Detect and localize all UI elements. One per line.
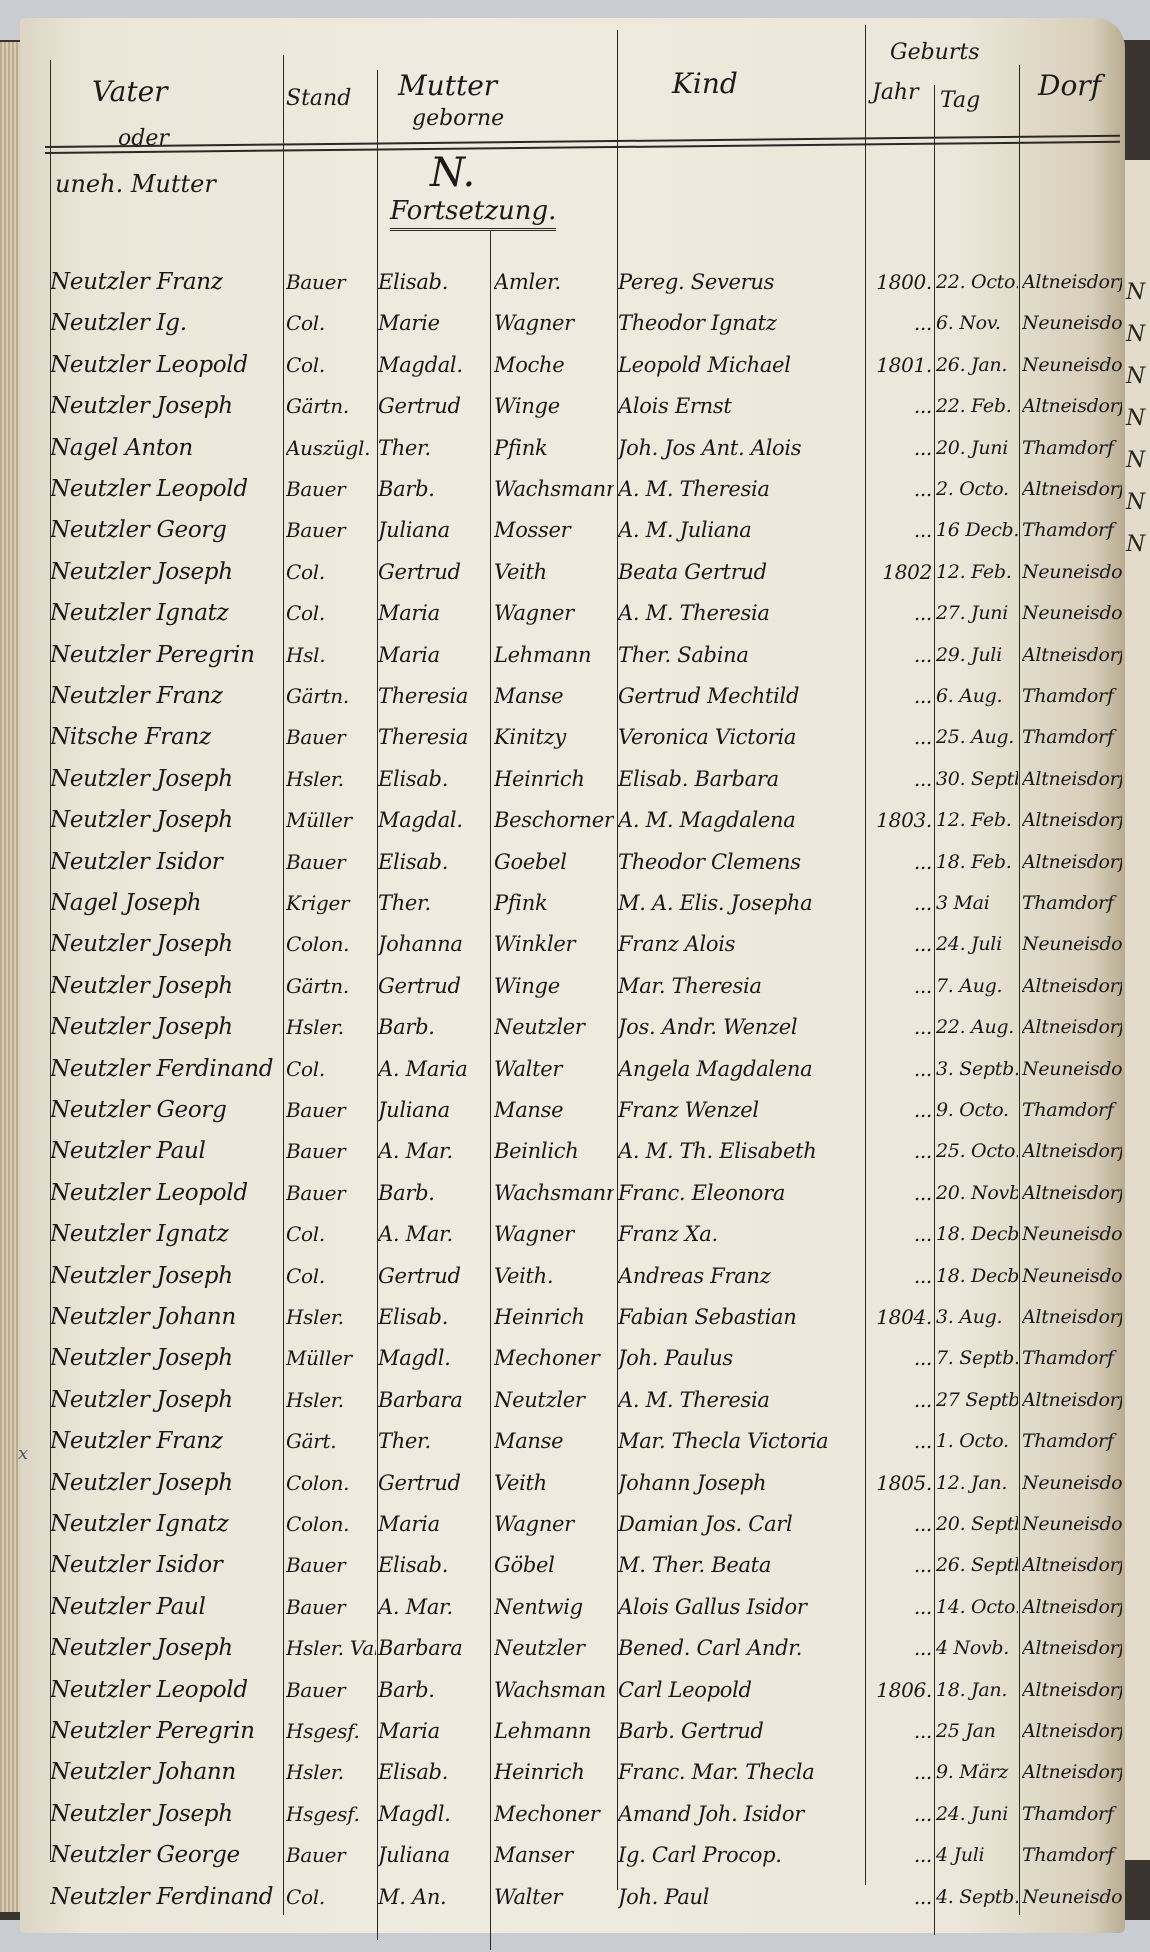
child-name: A. M. Theresia	[618, 469, 864, 509]
mother-first-name: Gertrud	[378, 386, 490, 426]
father-name: Neutzler Joseph	[50, 1380, 280, 1420]
mother-first-name: Marie	[378, 303, 490, 343]
status: Hsler.	[286, 1380, 376, 1420]
table-row: Neutzler GeorgBauerJulianaManseFranz Wen…	[0, 1090, 1150, 1130]
next-page-letter: N	[1126, 406, 1145, 431]
village: Altneisdorf	[1022, 386, 1122, 426]
header-child: Kind	[672, 70, 738, 98]
table-row: Neutzler PeregrinHsgesf.MariaLehmannBarb…	[0, 1711, 1150, 1751]
mother-maiden-name: Heinrich	[494, 1297, 614, 1337]
mother-maiden-name: Manser	[494, 1835, 614, 1875]
status: Bauer	[286, 1545, 376, 1585]
mother-maiden-name: Manse	[494, 1421, 614, 1461]
mother-maiden-name: Winge	[494, 966, 614, 1006]
birth-year: ...	[868, 1711, 932, 1751]
village: Altneisdorf	[1022, 800, 1122, 840]
father-name: Neutzler Joseph	[50, 1794, 280, 1834]
table-row: Neutzler LeopoldBauerBarb.WachsmannA. M.…	[0, 469, 1150, 509]
birth-date: 22. Octo.	[936, 262, 1018, 302]
village: Altneisdorf	[1022, 1545, 1122, 1585]
header-mother-sub: geborne	[412, 108, 504, 130]
village: Neuneisdorf	[1022, 552, 1122, 592]
village: Altneisdorf	[1022, 1628, 1122, 1668]
birth-year: ...	[868, 635, 932, 675]
child-name: Carl Leopold	[618, 1670, 864, 1710]
status: Bauer	[286, 469, 376, 509]
table-row: Neutzler JosephHsler.Elisab.HeinrichElis…	[0, 759, 1150, 799]
status: Hsler.	[286, 1752, 376, 1792]
mother-maiden-name: Manse	[494, 676, 614, 716]
table-row: Neutzler GeorgBauerJulianaMosserA. M. Ju…	[0, 510, 1150, 550]
mother-maiden-name: Winkler	[494, 924, 614, 964]
child-name: Franc. Eleonora	[618, 1173, 864, 1213]
father-name: Neutzler Ignatz	[50, 1504, 280, 1544]
mother-first-name: Maria	[378, 635, 490, 675]
birth-date: 4. Septb.	[936, 1877, 1018, 1917]
table-row: Neutzler JohannHsler.Elisab.HeinrichFabi…	[0, 1297, 1150, 1337]
father-name: Nagel Anton	[50, 428, 280, 468]
birth-year: ...	[868, 386, 932, 426]
table-row: Neutzler GeorgeBauerJulianaManserIg. Car…	[0, 1835, 1150, 1875]
birth-year: ...	[868, 469, 932, 509]
father-name: Neutzler Franz	[50, 676, 280, 716]
birth-year: 1801.	[868, 345, 932, 385]
village: Altneisdorf	[1022, 759, 1122, 799]
next-page-letter: N	[1126, 448, 1145, 473]
father-name: Neutzler Georg	[50, 510, 280, 550]
father-name: Neutzler Johann	[50, 1752, 280, 1792]
header-birth-day: Tag	[940, 90, 980, 112]
status: Kriger	[286, 883, 376, 923]
table-row: Neutzler JosephHsgesf.Magdl.MechonerAman…	[0, 1794, 1150, 1834]
village: Altneisdorf	[1022, 1173, 1122, 1213]
birth-year: 1802	[868, 552, 932, 592]
child-name: Mar. Theresia	[618, 966, 864, 1006]
birth-year: ...	[868, 717, 932, 757]
mother-maiden-name: Göbel	[494, 1545, 614, 1585]
child-name: Barb. Gertrud	[618, 1711, 864, 1751]
section-title: Fortsetzung.	[390, 196, 556, 231]
father-name: Neutzler Ferdinand	[50, 1877, 280, 1917]
table-row: Neutzler JosephMüllerMagdal.BeschornerA.…	[0, 800, 1150, 840]
father-name: Neutzler Joseph	[50, 1463, 280, 1503]
header-birth-year: Jahr	[872, 82, 919, 104]
birth-year: ...	[868, 1131, 932, 1171]
birth-year: ...	[868, 1504, 932, 1544]
birth-year: 1804.	[868, 1297, 932, 1337]
father-name: Neutzler Isidor	[50, 1545, 280, 1585]
mother-first-name: A. Mar.	[378, 1587, 490, 1627]
father-name: Neutzler Franz	[50, 262, 280, 302]
table-row: Neutzler IgnatzCol.MariaWagnerA. M. Ther…	[0, 593, 1150, 633]
birth-year: ...	[868, 1421, 932, 1461]
header-father-sub: oder	[118, 128, 169, 150]
father-name: Neutzler Paul	[50, 1587, 280, 1627]
status: Bauer	[286, 1587, 376, 1627]
mother-maiden-name: Goebel	[494, 842, 614, 882]
birth-year: ...	[868, 1752, 932, 1792]
birth-year: 1806.	[868, 1670, 932, 1710]
mother-first-name: Barb.	[378, 1173, 490, 1213]
father-name: Neutzler Leopold	[50, 345, 280, 385]
status: Hsgesf.	[286, 1711, 376, 1751]
table-row: Neutzler JosephHsler.BarbaraNeutzlerA. M…	[0, 1380, 1150, 1420]
header-status: Stand	[286, 88, 351, 110]
birth-date: 20. Novb.	[936, 1173, 1018, 1213]
birth-year: ...	[868, 759, 932, 799]
birth-date: 18. Jan.	[936, 1670, 1018, 1710]
village: Thamdorf	[1022, 1090, 1122, 1130]
birth-date: 27. Juni	[936, 593, 1018, 633]
status: Col.	[286, 1877, 376, 1917]
mother-maiden-name: Wagner	[494, 593, 614, 633]
status: Hsler.	[286, 1297, 376, 1337]
birth-date: 12. Jan.	[936, 1463, 1018, 1503]
birth-date: 7. Septb.	[936, 1338, 1018, 1378]
header-mother: Mutter	[398, 72, 497, 100]
status: Müller	[286, 800, 376, 840]
birth-year: ...	[868, 1628, 932, 1668]
father-name: Nitsche Franz	[50, 717, 280, 757]
mother-first-name: Juliana	[378, 1090, 490, 1130]
table-row: Neutzler PaulBauerA. Mar.NentwigAlois Ga…	[0, 1587, 1150, 1627]
child-name: Alois Ernst	[618, 386, 864, 426]
village: Altneisdorf	[1022, 1297, 1122, 1337]
village: Neuneisdorf	[1022, 1504, 1122, 1544]
birth-date: 25. Octo.	[936, 1131, 1018, 1171]
mother-first-name: Elisab.	[378, 1752, 490, 1792]
birth-date: 29. Juli	[936, 635, 1018, 675]
mother-first-name: Ther.	[378, 1421, 490, 1461]
birth-date: 25 Jan	[936, 1711, 1018, 1751]
village: Thamdorf	[1022, 1338, 1122, 1378]
child-name: A. M. Magdalena	[618, 800, 864, 840]
mother-maiden-name: Mosser	[494, 510, 614, 550]
child-name: Jos. Andr. Wenzel	[618, 1007, 864, 1047]
birth-date: 6. Aug.	[936, 676, 1018, 716]
status: Col.	[286, 1214, 376, 1254]
birth-year: ...	[868, 1338, 932, 1378]
father-name: Nagel Joseph	[50, 883, 280, 923]
mother-first-name: Maria	[378, 1711, 490, 1751]
mother-maiden-name: Pfink	[494, 883, 614, 923]
birth-year: ...	[868, 676, 932, 716]
mother-maiden-name: Wagner	[494, 1214, 614, 1254]
table-row: Neutzler JosephCol.GertrudVeith.Andreas …	[0, 1256, 1150, 1296]
mother-maiden-name: Heinrich	[494, 759, 614, 799]
child-name: Franc. Mar. Thecla	[618, 1752, 864, 1792]
child-name: A. M. Theresia	[618, 593, 864, 633]
father-name: Neutzler Peregrin	[50, 635, 280, 675]
birth-year: ...	[868, 1380, 932, 1420]
child-name: Ig. Carl Procop.	[618, 1835, 864, 1875]
birth-date: 18. Decb.	[936, 1256, 1018, 1296]
birth-date: 12. Feb.	[936, 800, 1018, 840]
birth-year: 1805.	[868, 1463, 932, 1503]
mother-first-name: Barb.	[378, 1670, 490, 1710]
birth-date: 2. Octo.	[936, 469, 1018, 509]
birth-date: 16 Decb.	[936, 510, 1018, 550]
mother-first-name: Barb.	[378, 469, 490, 509]
status: Bauer	[286, 1835, 376, 1875]
birth-year: ...	[868, 1794, 932, 1834]
table-row: Neutzler IgnatzCol.A. Mar.WagnerFranz Xa…	[0, 1214, 1150, 1254]
mother-first-name: Barbara	[378, 1380, 490, 1420]
birth-date: 9. März	[936, 1752, 1018, 1792]
child-name: Franz Alois	[618, 924, 864, 964]
table-row: Nitsche FranzBauerTheresiaKinitzyVeronic…	[0, 717, 1150, 757]
mother-first-name: Elisab.	[378, 1545, 490, 1585]
mother-maiden-name: Wachsmann	[494, 1173, 614, 1213]
status: Gärtn.	[286, 386, 376, 426]
birth-year: ...	[868, 1214, 932, 1254]
table-row: Neutzler JosephCol.GertrudVeithBeata Ger…	[0, 552, 1150, 592]
child-name: Elisab. Barbara	[618, 759, 864, 799]
village: Altneisdorf	[1022, 1752, 1122, 1792]
birth-date: 30. Septb.	[936, 759, 1018, 799]
status: Hsler. Vald.	[286, 1628, 376, 1668]
birth-year: ...	[868, 883, 932, 923]
village: Neuneisdorf	[1022, 1214, 1122, 1254]
table-row: Neutzler LeopoldCol.Magdal.MocheLeopold …	[0, 345, 1150, 385]
child-name: Mar. Thecla Victoria	[618, 1421, 864, 1461]
mother-maiden-name: Kinitzy	[494, 717, 614, 757]
village: Altneisdorf	[1022, 635, 1122, 675]
status: Col.	[286, 593, 376, 633]
status: Gärtn.	[286, 676, 376, 716]
child-name: Joh. Paul	[618, 1877, 864, 1917]
child-name: Joh. Paulus	[618, 1338, 864, 1378]
birth-date: 22. Feb.	[936, 386, 1018, 426]
birth-date: 14. Octo.	[936, 1587, 1018, 1627]
status: Bauer	[286, 1670, 376, 1710]
table-row: Neutzler FranzBauerElisab.Amler.Pereg. S…	[0, 262, 1150, 302]
birth-year: ...	[868, 1256, 932, 1296]
status: Bauer	[286, 1090, 376, 1130]
birth-date: 3 Mai	[936, 883, 1018, 923]
table-row: Nagel AntonAuszügl.Ther.PfinkJoh. Jos An…	[0, 428, 1150, 468]
mother-first-name: Maria	[378, 1504, 490, 1544]
birth-date: 4 Novb.	[936, 1628, 1018, 1668]
village: Altneisdorf	[1022, 1587, 1122, 1627]
mother-maiden-name: Mechoner	[494, 1794, 614, 1834]
birth-date: 3. Aug.	[936, 1297, 1018, 1337]
mother-first-name: Gertrud	[378, 1256, 490, 1296]
table-row: Neutzler LeopoldBauerBarb.WachsmanCarl L…	[0, 1670, 1150, 1710]
father-name: Neutzler Joseph	[50, 1628, 280, 1668]
mother-first-name: Barb.	[378, 1007, 490, 1047]
village: Altneisdorf	[1022, 469, 1122, 509]
child-name: Theodor Ignatz	[618, 303, 864, 343]
mother-maiden-name: Lehmann	[494, 635, 614, 675]
birth-year: ...	[868, 1173, 932, 1213]
header-father: Vater	[92, 78, 168, 106]
birth-date: 9. Octo.	[936, 1090, 1018, 1130]
mother-first-name: Magdl.	[378, 1794, 490, 1834]
child-name: Andreas Franz	[618, 1256, 864, 1296]
status: Müller	[286, 1338, 376, 1378]
village: Neuneisdorf	[1022, 1877, 1122, 1917]
mother-first-name: Gertrud	[378, 1463, 490, 1503]
mother-maiden-name: Neutzler	[494, 1380, 614, 1420]
village: Thamdorf	[1022, 510, 1122, 550]
table-row: Nagel JosephKrigerTher.PfinkM. A. Elis. …	[0, 883, 1150, 923]
father-name: Neutzler Ferdinand	[50, 1049, 280, 1089]
birth-date: 6. Nov.	[936, 303, 1018, 343]
father-name: Neutzler Joseph	[50, 552, 280, 592]
status: Col.	[286, 303, 376, 343]
mother-maiden-name: Pfink	[494, 428, 614, 468]
birth-year: ...	[868, 842, 932, 882]
table-row: Neutzler FranzGärt.Ther.ManseMar. Thecla…	[0, 1421, 1150, 1461]
village: Thamdorf	[1022, 428, 1122, 468]
father-name: Neutzler Joseph	[50, 800, 280, 840]
child-name: Bened. Carl Andr.	[618, 1628, 864, 1668]
village: Thamdorf	[1022, 1421, 1122, 1461]
table-row: Neutzler JosephGärtn.GertrudWingeAlois E…	[0, 386, 1150, 426]
child-name: A. M. Theresia	[618, 1380, 864, 1420]
child-name: A. M. Juliana	[618, 510, 864, 550]
header-village: Dorf	[1038, 72, 1101, 100]
child-name: Veronica Victoria	[618, 717, 864, 757]
birth-date: 18. Decb.	[936, 1214, 1018, 1254]
mother-maiden-name: Wagner	[494, 303, 614, 343]
mother-first-name: Elisab.	[378, 1297, 490, 1337]
village: Thamdorf	[1022, 1835, 1122, 1875]
table-row: Neutzler JosephColon.GertrudVeithJohann …	[0, 1463, 1150, 1503]
birth-date: 3. Septb.	[936, 1049, 1018, 1089]
table-row: Neutzler LeopoldBauerBarb.WachsmannFranc…	[0, 1173, 1150, 1213]
village: Neuneisdorf	[1022, 593, 1122, 633]
birth-year: 1803.	[868, 800, 932, 840]
birth-year: ...	[868, 1007, 932, 1047]
status: Bauer	[286, 1131, 376, 1171]
mother-maiden-name: Wagner	[494, 1504, 614, 1544]
father-name: Neutzler Paul	[50, 1131, 280, 1171]
status: Bauer	[286, 262, 376, 302]
father-name: Neutzler Joseph	[50, 759, 280, 799]
mother-first-name: Juliana	[378, 510, 490, 550]
mother-first-name: A. Maria	[378, 1049, 490, 1089]
mother-first-name: Magdal.	[378, 800, 490, 840]
child-name: M. Ther. Beata	[618, 1545, 864, 1585]
father-name: Neutzler Johann	[50, 1297, 280, 1337]
mother-first-name: A. Mar.	[378, 1214, 490, 1254]
father-name: Neutzler Leopold	[50, 1173, 280, 1213]
status: Col.	[286, 345, 376, 385]
status: Hsler.	[286, 1007, 376, 1047]
status: Hsler.	[286, 759, 376, 799]
status: Colon.	[286, 924, 376, 964]
birth-year: ...	[868, 593, 932, 633]
child-name: Beata Gertrud	[618, 552, 864, 592]
father-name: Neutzler Joseph	[50, 386, 280, 426]
birth-date: 24. Juni	[936, 1794, 1018, 1834]
birth-year: ...	[868, 1587, 932, 1627]
father-name: Neutzler Ignatz	[50, 1214, 280, 1254]
village: Altneisdorf	[1022, 966, 1122, 1006]
status: Col.	[286, 1256, 376, 1296]
village: Altneisdorf	[1022, 1380, 1122, 1420]
mother-first-name: Barbara	[378, 1628, 490, 1668]
child-name: M. A. Elis. Josepha	[618, 883, 864, 923]
birth-year: ...	[868, 1545, 932, 1585]
father-name: Neutzler Ig.	[50, 303, 280, 343]
mother-first-name: Gertrud	[378, 966, 490, 1006]
section-letter: N.	[390, 150, 556, 196]
next-page-letter: N	[1126, 364, 1145, 389]
mother-first-name: Elisab.	[378, 759, 490, 799]
mother-maiden-name: Neutzler	[494, 1007, 614, 1047]
mother-maiden-name: Wachsmann	[494, 469, 614, 509]
birth-date: 12. Feb.	[936, 552, 1018, 592]
village: Thamdorf	[1022, 717, 1122, 757]
birth-date: 27 Septb.	[936, 1380, 1018, 1420]
father-name: Neutzler Joseph	[50, 1256, 280, 1296]
village: Neuneisdorf	[1022, 1256, 1122, 1296]
father-name: Neutzler Joseph	[50, 1007, 280, 1047]
birth-date: 4 Juli	[936, 1835, 1018, 1875]
birth-year: ...	[868, 510, 932, 550]
status: Col.	[286, 1049, 376, 1089]
table-row: Neutzler JosephGärtn.GertrudWingeMar. Th…	[0, 966, 1150, 1006]
child-name: Leopold Michael	[618, 345, 864, 385]
mother-maiden-name: Walter	[494, 1877, 614, 1917]
mother-maiden-name: Mechoner	[494, 1338, 614, 1378]
child-name: Franz Xa.	[618, 1214, 864, 1254]
mother-maiden-name: Veith.	[494, 1256, 614, 1296]
mother-first-name: Elisab.	[378, 262, 490, 302]
village: Neuneisdorf	[1022, 924, 1122, 964]
next-page-letter: N	[1126, 280, 1145, 305]
table-row: Neutzler PaulBauerA. Mar.BeinlichA. M. T…	[0, 1131, 1150, 1171]
table-row: Neutzler FerdinandCol.A. MariaWalterAnge…	[0, 1049, 1150, 1089]
table-row: Neutzler JohannHsler.Elisab.HeinrichFran…	[0, 1752, 1150, 1792]
mother-first-name: Maria	[378, 593, 490, 633]
birth-year: ...	[868, 303, 932, 343]
table-row: Neutzler JosephColon.JohannaWinklerFranz…	[0, 924, 1150, 964]
village: Altneisdorf	[1022, 842, 1122, 882]
mother-first-name: A. Mar.	[378, 1131, 490, 1171]
birth-year: ...	[868, 924, 932, 964]
mother-first-name: Juliana	[378, 1835, 490, 1875]
table-row: Neutzler IsidorBauerElisab.GoebelTheodor…	[0, 842, 1150, 882]
father-name: Neutzler George	[50, 1835, 280, 1875]
mother-maiden-name: Veith	[494, 1463, 614, 1503]
status: Hsl.	[286, 635, 376, 675]
mother-maiden-name: Nentwig	[494, 1587, 614, 1627]
table-row: Neutzler Ig.Col.MarieWagnerTheodor Ignat…	[0, 303, 1150, 343]
mother-first-name: Johanna	[378, 924, 490, 964]
village: Altneisdorf	[1022, 1007, 1122, 1047]
mother-maiden-name: Heinrich	[494, 1752, 614, 1792]
child-name: A. M. Th. Elisabeth	[618, 1131, 864, 1171]
table-row: Neutzler JosephHsler. Vald.BarbaraNeutzl…	[0, 1628, 1150, 1668]
table-row: Neutzler IgnatzColon.MariaWagnerDamian J…	[0, 1504, 1150, 1544]
father-name: Neutzler Franz	[50, 1421, 280, 1461]
father-name: Neutzler Joseph	[50, 1338, 280, 1378]
village: Altneisdorf	[1022, 1670, 1122, 1710]
child-name: Theodor Clemens	[618, 842, 864, 882]
mother-first-name: Ther.	[378, 883, 490, 923]
birth-year: ...	[868, 1090, 932, 1130]
birth-date: 22. Aug.	[936, 1007, 1018, 1047]
birth-year: ...	[868, 1835, 932, 1875]
village: Thamdorf	[1022, 676, 1122, 716]
birth-date: 24. Juli	[936, 924, 1018, 964]
birth-date: 20. Septb.	[936, 1504, 1018, 1544]
section-heading: N. Fortsetzung.	[390, 150, 556, 226]
